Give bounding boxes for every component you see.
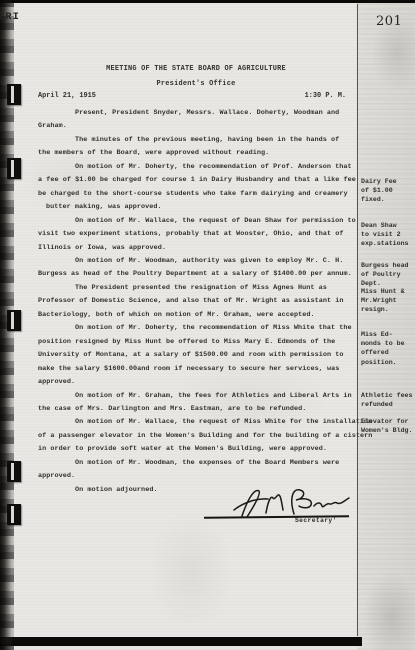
body-line: Graham.: [38, 120, 360, 133]
scanned-minutes-page: ZRI 201 MEETING OF THE STATE BOARD OF AG…: [0, 0, 415, 650]
body-line: On motion of Mr. Doherty, the recommenda…: [38, 161, 360, 174]
binding-tab: [7, 504, 21, 525]
body-line: Burgess as head of the Poultry Departmen…: [38, 268, 360, 281]
margin-note-line: resign.: [361, 305, 415, 314]
body-line: The minutes of the previous meeting, hav…: [38, 134, 360, 147]
margin-note-line: Women's Bldg.: [361, 426, 415, 435]
margin-note: Dean Shawto visit 2exp.stations: [361, 221, 415, 249]
date-time-row: April 21, 1915 1:30 P. M.: [38, 92, 350, 100]
binding-tab: [7, 310, 21, 331]
margin-note: Burgess headof PoultryDept.: [361, 261, 415, 289]
body-line: make the salary $1600.00and room if nece…: [38, 363, 360, 376]
margin-note-line: Dean Shaw: [361, 221, 415, 230]
secretary-label: Secretary': [295, 517, 337, 524]
body-line: in order to provide soft water at the Wo…: [38, 443, 360, 456]
body-line: The President presented the resignation …: [38, 282, 360, 295]
body-line: On motion of Mr. Doherty, the recommenda…: [38, 322, 360, 335]
bottom-edge-bar: [0, 637, 362, 646]
minutes-body: Present, President Snyder, Messrs. Walla…: [38, 107, 360, 497]
body-line: On motion of Mr. Wallace, the request of…: [38, 215, 360, 228]
binding-tab: [7, 158, 21, 179]
body-line: visit two experiment stations, probably …: [38, 228, 360, 241]
right-margin-column: [357, 0, 415, 650]
body-line: Illinois or Iowa, was approved.: [38, 242, 360, 255]
top-edge-line: [0, 0, 415, 3]
body-line: On motion of Mr. Wallace, the request of…: [38, 416, 360, 429]
margin-note: Athletic feesrefunded: [361, 391, 415, 409]
margin-note-line: refunded: [361, 400, 415, 409]
body-line: On motion of Mr. Woodman, the expenses o…: [38, 457, 360, 470]
body-line: a fee of $1.00 be charged for course 1 i…: [38, 174, 360, 187]
margin-note-line: Miss Ed-: [361, 330, 415, 339]
body-line: the case of Mrs. Darlington and Mrs. Eas…: [38, 403, 360, 416]
margin-note-line: offered: [361, 348, 415, 357]
margin-note-line: monds to be: [361, 339, 415, 348]
body-line: of a passenger elevator in the Women's B…: [38, 430, 360, 443]
body-line: On motion of Mr. Woodman, authority was …: [38, 255, 360, 268]
margin-note-line: Burgess head: [361, 261, 415, 270]
margin-note-line: to visit 2: [361, 230, 415, 239]
margin-note: Miss Hunt &Mr.Wrightresign.: [361, 287, 415, 315]
page-number: 201: [376, 14, 402, 29]
margin-note-line: Elevator for: [361, 417, 415, 426]
meeting-time: 1:30 P. M.: [305, 92, 346, 100]
body-line: approved.: [38, 470, 360, 483]
binding-tab: [7, 461, 21, 482]
margin-note-line: Athletic fees: [361, 391, 415, 400]
body-line: On motion of Mr. Graham, the fees for At…: [38, 390, 360, 403]
margin-note-line: exp.stations: [361, 239, 415, 248]
margin-note-line: position.: [361, 358, 415, 367]
document-subtitle: President's Office: [38, 80, 354, 88]
body-line: Professor of Domestic Science, and also …: [38, 295, 360, 308]
margin-note-line: fixed.: [361, 195, 415, 204]
document-title: MEETING OF THE STATE BOARD OF AGRICULTUR…: [38, 65, 354, 73]
meeting-date: April 21, 1915: [38, 92, 96, 100]
margin-note: Elevator forWomen's Bldg.: [361, 417, 415, 435]
body-line: approved.: [38, 376, 360, 389]
margin-note-line: of $1.00: [361, 186, 415, 195]
body-line: Present, President Snyder, Messrs. Walla…: [38, 107, 360, 120]
margin-note-line: Dairy Fee: [361, 177, 415, 186]
margin-note-line: Mr.Wright: [361, 296, 415, 305]
binding-tab: [7, 84, 21, 105]
body-line: position resigned by Miss Hunt be offere…: [38, 336, 360, 349]
body-line: Bacteriology, both of which on motion of…: [38, 309, 360, 322]
margin-note: Miss Ed-monds to beofferedposition.: [361, 330, 415, 367]
corner-stamp: ZRI: [0, 11, 20, 23]
body-line: butter making, was approved.: [38, 201, 360, 214]
margin-note: Dairy Feeof $1.00fixed.: [361, 177, 415, 205]
margin-note-line: of Poultry: [361, 270, 415, 279]
margin-note-line: Miss Hunt &: [361, 287, 415, 296]
body-line: the members of the Board, were approved …: [38, 147, 360, 160]
body-line: be charged to the short-course students …: [38, 188, 360, 201]
body-line: University of Montana, at a salary of $1…: [38, 349, 360, 362]
